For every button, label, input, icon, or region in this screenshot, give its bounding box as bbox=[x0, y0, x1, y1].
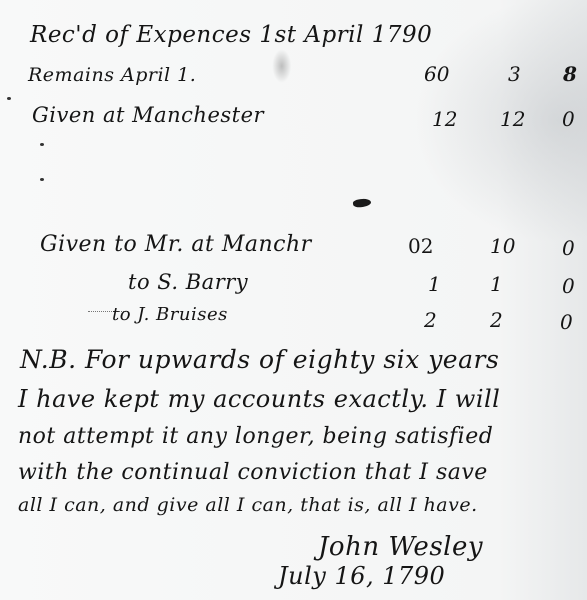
entry-4-text: to S. Barry bbox=[128, 270, 248, 294]
entry-5-shillings: 2 bbox=[490, 308, 503, 332]
entry-4-pounds: 1 bbox=[428, 272, 441, 296]
entry-2-text: Given at Manchester bbox=[32, 103, 264, 127]
entry-3-text: Given to Mr. at Manchr bbox=[40, 232, 312, 257]
entry-5-text: to J. Bruises bbox=[112, 304, 228, 325]
ledger-header: Rec'd of Expences 1st April 1790 bbox=[30, 22, 432, 48]
entry-2-pence: 0 bbox=[562, 107, 575, 131]
entry-4-pence: 0 bbox=[562, 274, 575, 298]
note-line-4: with the continual conviction that I sav… bbox=[18, 460, 488, 485]
note-line-5: all I can, and give all I can, that is, … bbox=[18, 494, 478, 516]
entry-1-pence: 8 bbox=[563, 62, 577, 86]
entry-1-pounds: 60 bbox=[424, 62, 449, 86]
margin-mark bbox=[7, 97, 11, 100]
margin-mark bbox=[40, 178, 44, 181]
entry-4-shillings: 1 bbox=[490, 272, 503, 296]
note-line-2: I have kept my accounts exactly. I will bbox=[18, 385, 500, 413]
entry-3-pence: 0 bbox=[562, 236, 575, 260]
entry-3-shillings: 10 bbox=[490, 234, 515, 258]
signature-date: July 16, 1790 bbox=[278, 562, 445, 590]
entry-3-pounds: 02 bbox=[408, 234, 433, 258]
entry-2-shillings: 12 bbox=[500, 107, 525, 131]
margin-mark bbox=[40, 143, 44, 146]
note-line-3: not attempt it any longer, being satisfi… bbox=[18, 424, 493, 449]
entry-5-pence: 0 bbox=[560, 310, 573, 334]
entry-5-pounds: 2 bbox=[424, 308, 437, 332]
signature: John Wesley bbox=[318, 532, 483, 562]
note-line-1: N.B. For upwards of eighty six years bbox=[20, 345, 499, 374]
entry-1-shillings: 3 bbox=[508, 62, 521, 86]
entry-2-pounds: 12 bbox=[432, 107, 457, 131]
entry-1-text: Remains April 1. bbox=[28, 64, 196, 86]
